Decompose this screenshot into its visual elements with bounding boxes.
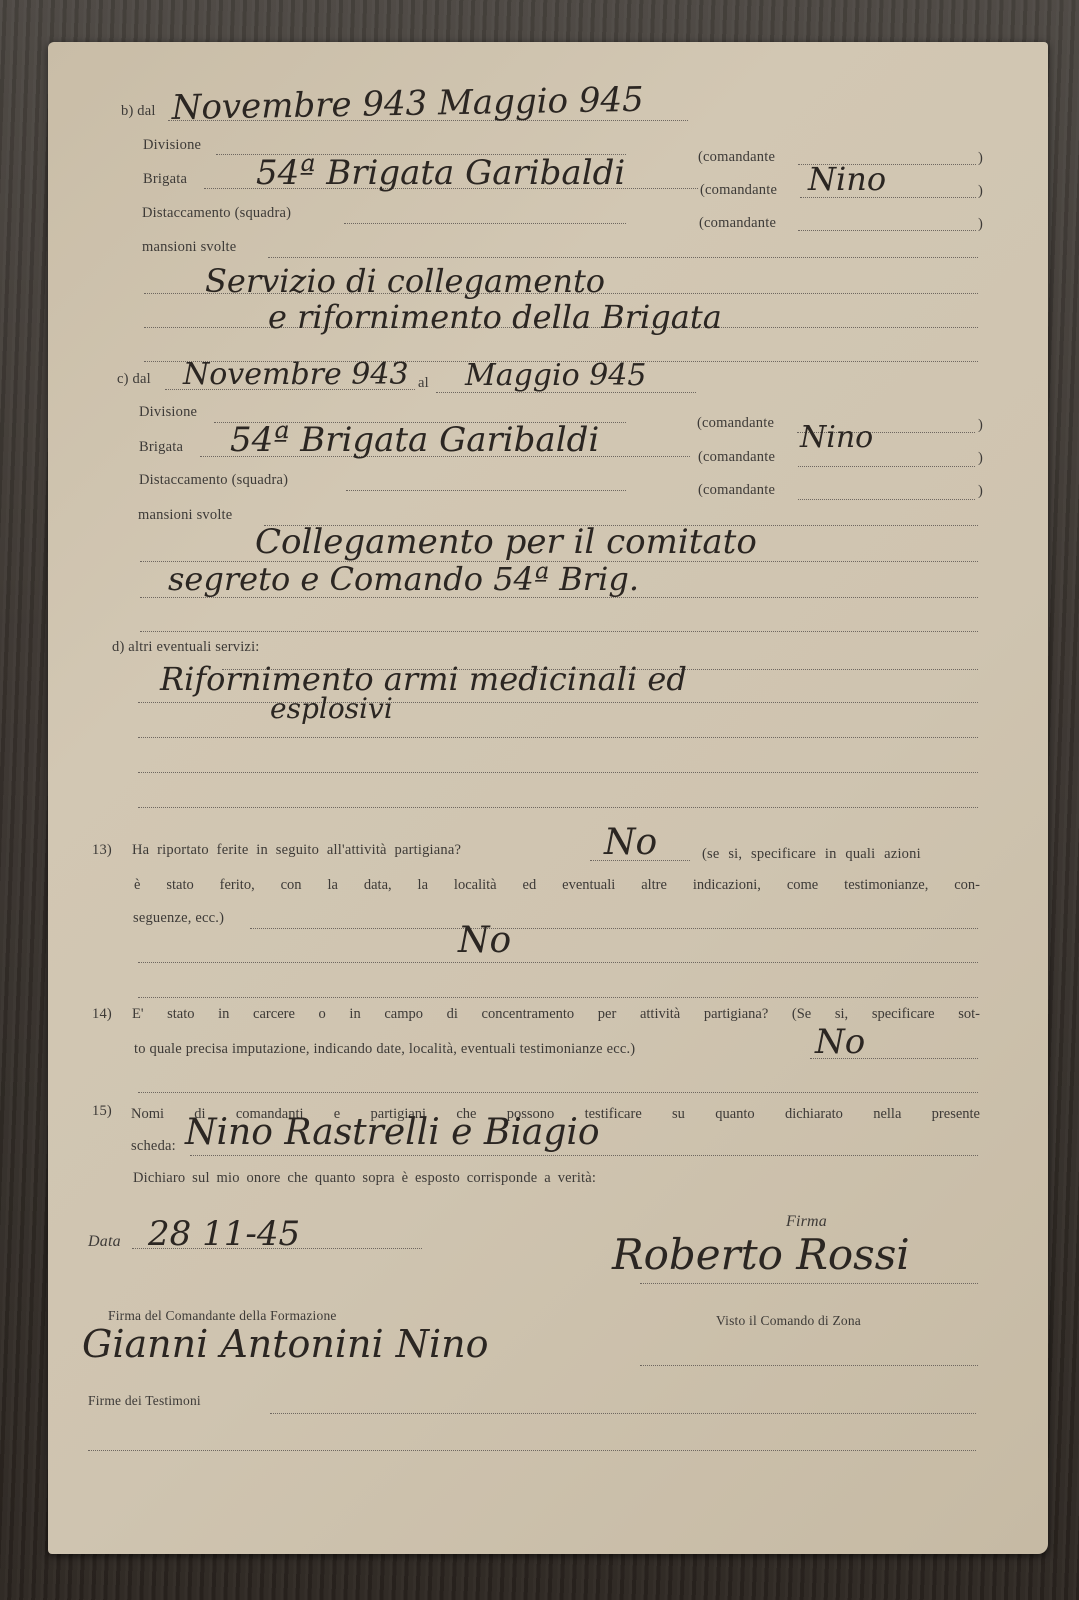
- q13-answer-2: No: [458, 920, 511, 961]
- firma-signature: Roberto Rossi: [612, 1230, 910, 1279]
- distaccamento-line: [346, 490, 626, 491]
- section-d-label: d) altri eventuali servizi:: [112, 639, 260, 656]
- firma-label: Firma: [786, 1213, 827, 1231]
- q13-text-line-3: seguenze, ecc.): [133, 910, 224, 927]
- q14-text-line-1: E' stato in carcere o in campo di concen…: [132, 1006, 980, 1023]
- section-b-dal-label: b) dal: [121, 103, 156, 120]
- section-b-mansioni-value-1: Servizio di collegamento: [205, 262, 605, 300]
- comandante-label: (comandante: [698, 449, 775, 466]
- section-b-divisione-label: Divisione: [143, 137, 201, 154]
- section-b-comandante-value: Nino: [808, 160, 886, 198]
- comandante-label: (comandante: [698, 482, 775, 499]
- comandante-formazione-signature: Gianni Antonini Nino: [82, 1322, 489, 1366]
- testimoni-label: Firme dei Testimoni: [88, 1393, 201, 1409]
- q13-question: Ha riportato ferite in seguito all'attiv…: [132, 842, 461, 859]
- testimoni-line: [88, 1450, 976, 1451]
- section-c-divisione-label: Divisione: [139, 404, 197, 421]
- visto-line: [640, 1365, 978, 1366]
- section-c-mansioni-value-1: Collegamento per il comitato: [255, 522, 757, 562]
- close-paren: ): [978, 450, 983, 467]
- section-b-brigata-label: Brigata: [143, 171, 187, 188]
- comandante-label: (comandante: [700, 182, 777, 199]
- comandante-line: [798, 466, 975, 467]
- section-c-mansioni-label: mansioni svolte: [138, 507, 232, 524]
- q13-text-line-2: è stato ferito, con la data, la località…: [134, 877, 980, 894]
- mansioni-line: [140, 631, 978, 632]
- testimoni-line: [270, 1413, 976, 1414]
- distaccamento-line: [344, 223, 626, 224]
- section-c-al-value: Maggio 945: [465, 358, 646, 393]
- q14-answer: No: [815, 1022, 865, 1062]
- q13-number: 13): [92, 842, 112, 859]
- q14-line: [138, 1092, 978, 1093]
- q15-number: 15): [92, 1103, 112, 1120]
- declaration-text: Dichiaro sul mio onore che quanto sopra …: [133, 1170, 596, 1187]
- comandante-line: [798, 499, 975, 500]
- q13-line: [138, 997, 978, 998]
- section-c-distaccamento-label: Distaccamento (squadra): [139, 472, 288, 489]
- q15-scheda-label: scheda:: [131, 1138, 176, 1155]
- close-paren: ): [978, 483, 983, 500]
- q15-line: [190, 1155, 978, 1156]
- servizi-line: [138, 807, 978, 808]
- section-b-distaccamento-label: Distaccamento (squadra): [142, 205, 291, 222]
- close-paren: ): [978, 150, 983, 167]
- close-paren: ): [978, 183, 983, 200]
- q14-number: 14): [92, 1006, 112, 1023]
- comandante-line: [798, 230, 976, 231]
- servizi-line: [138, 772, 978, 773]
- q13-line: [138, 962, 978, 963]
- q13-line: [250, 928, 978, 929]
- section-d-value-2: esplosivi: [270, 692, 393, 725]
- section-b-mansioni-value-2: e rifornimento della Brigata: [268, 298, 722, 336]
- comandante-label: (comandante: [697, 415, 774, 432]
- q15-answer: Nino Rastrelli e Biagio: [185, 1112, 600, 1153]
- comandante-label: (comandante: [699, 215, 776, 232]
- servizi-line: [138, 737, 978, 738]
- section-c-mansioni-value-2: segreto e Comando 54ª Brig.: [168, 560, 639, 598]
- close-paren: ): [978, 417, 983, 434]
- section-c-brigata-value: 54ª Brigata Garibaldi: [230, 420, 599, 460]
- visto-comando-label: Visto il Comando di Zona: [716, 1313, 861, 1329]
- q14-text-line-2: to quale precisa imputazione, indicando …: [134, 1041, 635, 1058]
- section-d-value-1: Rifornimento armi medicinali ed: [160, 660, 687, 698]
- section-b-brigata-value: 54ª Brigata Garibaldi: [256, 153, 625, 193]
- section-c-dal-value: Novembre 943: [183, 357, 409, 392]
- q13-answer: No: [604, 822, 657, 863]
- section-c-comandante-value: Nino: [800, 420, 873, 455]
- section-c-al-label: al: [418, 375, 429, 392]
- close-paren: ): [978, 216, 983, 233]
- q13-text-rest: (se si, specificare in quali azioni: [702, 846, 921, 863]
- section-c-dal-label: c) dal: [117, 371, 151, 388]
- mansioni-line: [268, 257, 978, 258]
- data-label: Data: [88, 1233, 121, 1251]
- section-b-dal-value: Novembre 943 Maggio 945: [171, 80, 644, 128]
- comandante-label: (comandante: [698, 149, 775, 166]
- servizi-line: [138, 702, 978, 703]
- section-c-brigata-label: Brigata: [139, 439, 183, 456]
- data-value: 28 11-45: [148, 1214, 300, 1254]
- firma-line: [640, 1283, 978, 1284]
- section-b-mansioni-label: mansioni svolte: [142, 239, 236, 256]
